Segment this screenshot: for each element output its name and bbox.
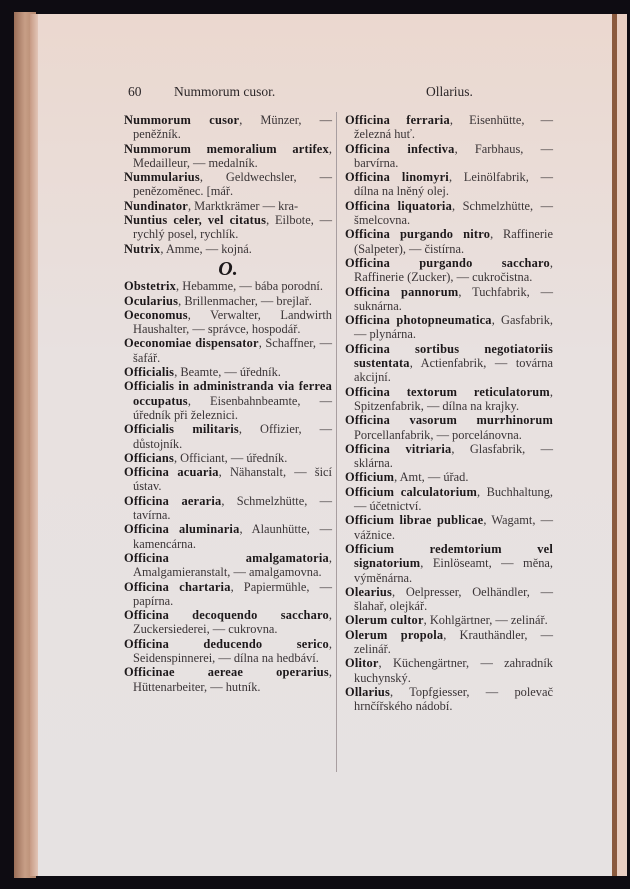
dictionary-entry: Nummularius, Geldwechsler, — penězoměnec…	[124, 170, 332, 199]
dictionary-entry: Oeconomus, Verwalter, Landwirth Haushalt…	[124, 308, 332, 337]
entry-headword: Nuntius celer, vel citatus	[124, 213, 266, 227]
entry-definition: , Officiant, — úředník.	[174, 451, 287, 465]
entry-headword: Nummorum cusor	[124, 113, 239, 127]
entry-headword: Officina chartaria	[124, 580, 231, 594]
entry-definition: , Kohlgärtner, — zelinář.	[424, 613, 548, 627]
entry-headword: Nummorum memoralium artifex	[124, 142, 329, 156]
dictionary-entry: Nummorum cusor, Münzer, — peněžník.	[124, 113, 332, 142]
dictionary-entry: Ollarius, Topfgiesser, — polevač hrnčířs…	[345, 685, 553, 714]
entry-headword: Olerum propola	[345, 628, 443, 642]
dictionary-entry: Officium redemtorium vel signatorium, Ei…	[345, 542, 553, 585]
dictionary-entry: Officina vasorum murrhinorum Porcellanfa…	[345, 413, 553, 442]
dictionary-entry: Olearius, Oelpresser, Oelhändler, — šlah…	[345, 585, 553, 614]
entry-headword: Officina amalgamatoria	[124, 551, 329, 565]
dictionary-entry: Officina photopneumatica, Gasfabrik, — p…	[345, 313, 553, 342]
entry-definition: , Marktkrämer — kra-	[188, 199, 298, 213]
column-divider	[336, 112, 337, 772]
entry-headword: Olerum cultor	[345, 613, 424, 627]
entry-headword: Officina pannorum	[345, 285, 458, 299]
entry-headword: Officialis	[124, 365, 174, 379]
entry-headword: Nummularius	[124, 170, 200, 184]
dictionary-entry: Ocularius, Brillenmacher, — brejlař.	[124, 294, 332, 308]
entry-headword: Ocularius	[124, 294, 178, 308]
entry-headword: Officina ferraria	[345, 113, 450, 127]
dictionary-entry: Officina chartaria, Papiermühle, — papír…	[124, 580, 332, 609]
dictionary-entry: Officina ferraria, Eisenhütte, — železná…	[345, 113, 553, 142]
entry-definition: , Brillenmacher, — brejlař.	[178, 294, 312, 308]
dictionary-entry: Officium librae publicae, Wagamt, — vážn…	[345, 513, 553, 542]
entry-headword: Officina vasorum murrhinorum	[345, 413, 553, 427]
entry-definition: Porcellanfabrik, — porcelánovna.	[354, 428, 522, 442]
entry-definition: , Beamte, — úředník.	[174, 365, 281, 379]
entry-headword: Officina acuaria	[124, 465, 219, 479]
entry-headword: Officina liquatoria	[345, 199, 452, 213]
entry-headword: Officialis militaris	[124, 422, 239, 436]
dictionary-entry: Officina linomyri, Leinölfabrik, — dílna…	[345, 170, 553, 199]
entry-headword: Nundinator	[124, 199, 188, 213]
entry-headword: Officium calculatorium	[345, 485, 477, 499]
dictionary-entry: Officina infectiva, Farbhaus, — barvírna…	[345, 142, 553, 171]
entry-definition: , Amt, — úřad.	[394, 470, 468, 484]
right-column: Officina ferraria, Eisenhütte, — železná…	[345, 113, 553, 713]
dictionary-entry: Officialis, Beamte, — úředník.	[124, 365, 332, 379]
entry-headword: Obstetrix	[124, 279, 176, 293]
dictionary-entry: Officinae aereae operarius, Hüttenarbeit…	[124, 665, 332, 694]
dictionary-entry: Nummorum memoralium artifex, Medailleur,…	[124, 142, 332, 171]
dictionary-entry: Officina textorum reticulatorum, Spitzen…	[345, 385, 553, 414]
entry-headword: Officians	[124, 451, 174, 465]
entry-headword: Officina photopneumatica	[345, 313, 492, 327]
dictionary-entry: Officina vitriaria, Glasfabrik, — sklárn…	[345, 442, 553, 471]
left-column: Nummorum cusor, Münzer, — peněžník.Nummo…	[124, 113, 332, 694]
entry-headword: Nutrix	[124, 242, 160, 256]
entry-headword: Officina textorum reticulatorum	[345, 385, 550, 399]
dictionary-entry: Officina decoquendo saccharo, Zuckersied…	[124, 608, 332, 637]
dictionary-entry: Olerum cultor, Kohlgärtner, — zelinář.	[345, 613, 553, 627]
dictionary-entry: Officina aluminaria, Alaunhütte, — kamen…	[124, 522, 332, 551]
entry-headword: Officina decoquendo saccharo	[124, 608, 329, 622]
letter-heading: O.	[124, 262, 332, 276]
dictionary-entry: Officina acuaria, Nähanstalt, — šicí úst…	[124, 465, 332, 494]
entry-headword: Officina aluminaria	[124, 522, 239, 536]
page-number: 60	[128, 84, 142, 100]
dictionary-entry: Officina pannorum, Tuchfabrik, — suknárn…	[345, 285, 553, 314]
dictionary-entry: Officina amalgamatoria, Amalgamieranstal…	[124, 551, 332, 580]
dictionary-entry: Officina aeraria, Schmelzhütte, — tavírn…	[124, 494, 332, 523]
entry-definition: , Hebamme, — bába porodní.	[176, 279, 323, 293]
entry-headword: Oeconomus	[124, 308, 188, 322]
dictionary-entry: Obstetrix, Hebamme, — bába porodní.	[124, 279, 332, 293]
entry-headword: Officium librae publicae	[345, 513, 483, 527]
entry-headword: Ollarius	[345, 685, 390, 699]
entry-headword: Officina purgando nitro	[345, 227, 490, 241]
entry-headword: Olitor	[345, 656, 379, 670]
entry-headword: Officina aeraria	[124, 494, 221, 508]
entry-headword: Oeconomiae dispensator	[124, 336, 259, 350]
entry-headword: Officina purgando saccharo	[345, 256, 550, 270]
dictionary-entry: Officina liquatoria, Schmelzhütte, — šme…	[345, 199, 553, 228]
dictionary-entry: Officina deducendo serico, Seidenspinner…	[124, 637, 332, 666]
dictionary-entry: Officialis militaris, Offizier, — důstoj…	[124, 422, 332, 451]
dictionary-entry: Olerum propola, Krauthändler, — zelinář.	[345, 628, 553, 657]
dictionary-entry: Officium calculatorium, Buchhaltung, — ú…	[345, 485, 553, 514]
dictionary-entry: Officina purgando saccharo, Raffinerie (…	[345, 256, 553, 285]
dictionary-entry: Officium, Amt, — úřad.	[345, 470, 553, 484]
dictionary-entry: Nutrix, Amme, — kojná.	[124, 242, 332, 256]
entry-headword: Officinae aereae operarius	[124, 665, 329, 679]
entry-headword: Officina deducendo serico	[124, 637, 329, 651]
entry-definition: , Küchengärtner, — zahradník kuchynský.	[354, 656, 553, 684]
entry-headword: Officina linomyri	[345, 170, 449, 184]
dictionary-entry: Officina purgando nitro, Raffinerie (Sal…	[345, 227, 553, 256]
entry-headword: Officina infectiva	[345, 142, 455, 156]
dictionary-entry: Nundinator, Marktkrämer — kra-	[124, 199, 332, 213]
dictionary-entry: Olitor, Küchengärtner, — zahradník kuchy…	[345, 656, 553, 685]
dictionary-entry: Officina sortibus negotiatoriis sustenta…	[345, 342, 553, 385]
dictionary-entry: Nuntius celer, vel citatus, Eilbote, — r…	[124, 213, 332, 242]
entry-headword: Officium	[345, 470, 394, 484]
dictionary-entry: Oeconomiae dispensator, Schaffner, — šaf…	[124, 336, 332, 365]
facing-page-strip	[617, 14, 627, 876]
entry-headword: Officina vitriaria	[345, 442, 451, 456]
running-head-right: Ollarius.	[426, 84, 473, 100]
dictionary-entry: Officians, Officiant, — úředník.	[124, 451, 332, 465]
dictionary-entry: Officialis in administranda via ferrea o…	[124, 379, 332, 422]
entry-definition: , Amme, — kojná.	[160, 242, 252, 256]
running-head-left: Nummorum cusor.	[174, 84, 275, 100]
entry-headword: Olearius	[345, 585, 392, 599]
